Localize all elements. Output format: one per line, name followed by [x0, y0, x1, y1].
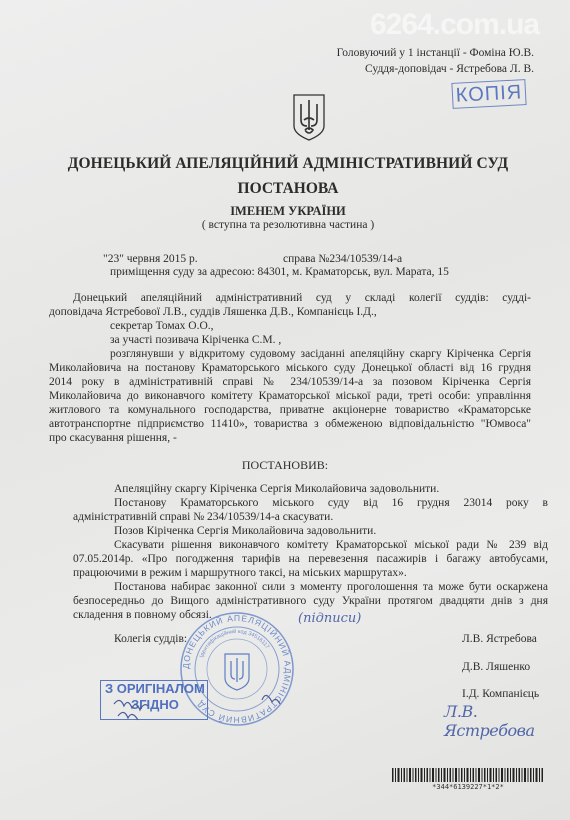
plaintiff-attendance: за участі позивача Кіріченка С.М. ,: [110, 334, 281, 346]
judge-2: Д.В. Ляшенко: [462, 661, 530, 673]
intro-paragraph-2-line-4: Миколайовича до виконавчого комітету Кра…: [49, 390, 531, 402]
barcode-icon: [392, 768, 544, 782]
resolution-item-4-line-1: Скасувати рішення виконавчого комітету К…: [114, 539, 548, 551]
judge-3: І.Д. Компанієць: [462, 688, 539, 700]
resolution-item-5-line-2: безпосередньо до Вищого адміністративног…: [73, 595, 548, 607]
presiding-first-instance: Головуючий у 1 інстанції - Фоміна Ю.В.: [337, 47, 534, 59]
court-name: ДОНЕЦЬКИЙ АПЕЛЯЦІЙНИЙ АДМІНІСТРАТИВНИЙ С…: [38, 155, 538, 173]
intro-paragraph-1-line-2: доповідача Ястребової Л.В., суддів Ляшен…: [49, 306, 377, 318]
handwritten-signature: Л.В. Ястребова: [444, 702, 570, 740]
copy-stamp: КОПІЯ: [451, 79, 526, 109]
court-address: приміщення суду за адресою: 84301, м. Кр…: [110, 266, 449, 278]
intro-paragraph-2-line-3: 2014 року в адміністративній справі № 23…: [49, 376, 531, 388]
intro-paragraph-2-line-2: Миколайовича на постанову Краматорського…: [49, 362, 531, 374]
document-type: ПОСТАНОВА: [38, 180, 538, 198]
secretary: секретар Томах О.О.,: [110, 320, 214, 332]
resolution-item-4-line-3: працюючими в режим і маршрутного таксі, …: [73, 567, 407, 579]
in-name-of-ukraine: ІМЕНЕМ УКРАЇНИ: [38, 204, 538, 219]
resolution-item-2-line-2: адміністративній справі № 234/10539/14-а…: [73, 511, 333, 523]
intro-paragraph-2-line-1: розглянувши у відкритому судовому засіда…: [110, 348, 531, 360]
watermark: 6264.com.ua: [370, 8, 539, 42]
judge-1: Л.В. Ястребова: [462, 633, 537, 645]
decision-date: "23" червня 2015 р.: [103, 253, 198, 265]
resolution-item-2-line-1: Постанову Краматорського міського суду в…: [114, 497, 548, 509]
intro-paragraph-1-line-1: Донецький апеляційний адміністративний с…: [73, 292, 531, 304]
judge-rapporteur: Суддя-доповідач - Ястребова Л. В.: [365, 63, 534, 75]
resolution-item-3: Позов Кіріченка Сергія Миколайовича задо…: [114, 525, 376, 537]
intro-paragraph-2-line-6: автотранспортне підприємство 11410», тов…: [49, 418, 531, 430]
intro-paragraph-2-line-5: житлового та комунального господарства, …: [49, 404, 531, 416]
certifier-signature-icon: [112, 694, 162, 724]
resolution-item-4-line-2: 07.05.2014р. «Про погодження тарифів на …: [73, 553, 548, 565]
barcode-number: *344*6139227*1*2*: [380, 783, 556, 791]
signatures-note: (підписи): [298, 611, 361, 626]
document-subtitle: ( вступна та резолютивна частина ): [38, 219, 538, 231]
board-of-judges-label: Колегія суддів:: [114, 633, 187, 645]
resolution-item-5-line-1: Постанова набирає законної сили з момент…: [114, 581, 548, 593]
tryzub-coat-of-arms-icon: [291, 92, 327, 142]
resolution-heading: ПОСТАНОВИВ:: [0, 458, 570, 473]
resolution-item-1: Апеляційну скаргу Кіріченка Сергія Микол…: [114, 483, 439, 495]
case-number: справа №234/10539/14-а: [283, 253, 402, 265]
intro-paragraph-2-line-7: про скасування рішення, -: [49, 432, 177, 444]
